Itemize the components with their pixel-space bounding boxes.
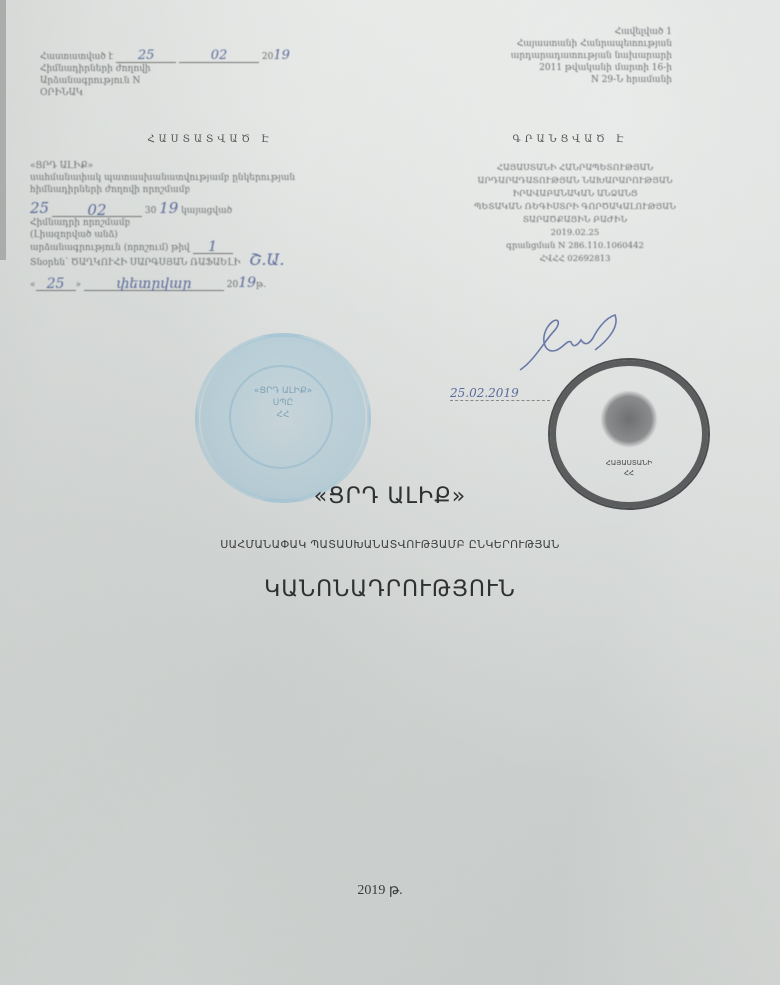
approval-date-prefix: Հաստատված է bbox=[40, 52, 113, 62]
registrar-line: ԻՐԱՎԱԲԱՆԱԿԱՆ ԱՆՁԱՆՑ bbox=[430, 188, 720, 201]
company-type: ՍԱՀՄԱՆԱՓԱԿ ՊԱՏԱՍԽԱՆԱՏՎՈՒԹՅԱՄԲ ԸՆԿԵՐՈՒԹՅԱ… bbox=[0, 538, 780, 551]
approved-date-row: 25 02 30 19 կայացված bbox=[30, 202, 340, 217]
signed-year: 19 bbox=[238, 275, 256, 291]
protocol-row: արձանագրություն (որոշում) թիվ 1 bbox=[30, 241, 340, 254]
document-photo: Հավելված 1 Հայաստանի Հանրապետության արդա… bbox=[0, 0, 780, 985]
protocol-label: արձանագրություն (որոշում) թիվ bbox=[30, 243, 190, 253]
registrar-line: ՀԱՅԱՍՏԱՆԻ ՀԱՆՐԱՊԵՏՈՒԹՅԱՆ bbox=[430, 162, 720, 175]
registrar-line: ՏԱՐԱԾՔԱՅԻՆ ԲԱԺԻՆ bbox=[430, 214, 720, 227]
approved-line: սահմանափակ պատասխանատվությամբ ընկերությա… bbox=[30, 172, 340, 184]
approval-line: Արձանագրություն N bbox=[40, 75, 340, 87]
company-stamp: «ՑՐԴ ԱԼԻՔ» ՍՊԸ ՀՀ bbox=[195, 333, 371, 503]
annex-line: արդարադատության նախարարի bbox=[432, 50, 672, 62]
government-stamp-text: ՀԱՅԱՍՏԱՆԻ ՀՀ bbox=[550, 458, 708, 478]
company-name: «ՑՐԴ ԱԼԻՔ» bbox=[0, 484, 780, 509]
registrar-sign-date: 25.02.2019 bbox=[450, 386, 550, 401]
page-edge-shadow bbox=[0, 0, 6, 260]
approved-line: հիմնադիրների ժողովի որոշմամբ bbox=[30, 184, 340, 196]
annex-line: 2011 թվականի մարտի 16-ի bbox=[432, 62, 672, 74]
approved-company: «ՑՐԴ ԱԼԻՔ» bbox=[30, 160, 340, 172]
approved-year: 19 bbox=[159, 199, 178, 217]
document-title: ԿԱՆՈՆԱԴՐՈՒԹՅՈՒՆ bbox=[0, 577, 780, 602]
approved-word: կայացված bbox=[181, 206, 232, 216]
approval-day: 25 bbox=[116, 50, 176, 63]
government-stamp-line: ՀՀ bbox=[550, 468, 708, 478]
protocol-number: 1 bbox=[193, 241, 233, 254]
government-stamp-line: ՀԱՅԱՍՏԱՆԻ bbox=[550, 458, 708, 468]
registrar-line: ԱՐԴԱՐԱԴԱՏՈՒԹՅԱՆ ՆԱԽԱՐԱՐՈՒԹՅԱՆ bbox=[430, 175, 720, 188]
company-stamp-text: «ՑՐԴ ԱԼԻՔ» ՍՊԸ ՀՀ bbox=[199, 385, 367, 421]
director-row: Տնօրեն՝ ԾԱՂԿՈՒՀԻ ՍԱՐԳՍՅԱՆ ՌԱՖԱԵԼԻ Շ.Ա. bbox=[30, 254, 340, 269]
signed-day: 25 bbox=[36, 278, 76, 291]
approved-block: «ՑՐԴ ԱԼԻՔ» սահմանափակ պատասխանատվությամբ… bbox=[30, 160, 340, 291]
director-name: Տնօրեն՝ ԾԱՂԿՈՒՀԻ ՍԱՐԳՍՅԱՆ ՌԱՖԱԵԼԻ bbox=[30, 258, 240, 268]
approval-date-block: Հաստատված է 25 02 2019 Հիմնադիրների ժողո… bbox=[40, 50, 340, 99]
company-stamp-line: ՍՊԸ bbox=[199, 397, 367, 409]
registration-date: 2019.02.25 bbox=[430, 227, 720, 240]
approved-day: 25 bbox=[30, 199, 49, 217]
approved-month: 02 bbox=[52, 204, 142, 217]
approved-heading: ՀԱՍՏԱՏՎԱԾ Է bbox=[130, 134, 290, 145]
approved-line: Հիմնադրի որոշմամբ bbox=[30, 217, 340, 229]
approval-month: 02 bbox=[179, 50, 259, 63]
company-stamp-line: ՀՀ bbox=[199, 409, 367, 421]
annex-reference: Հավելված 1 Հայաստանի Հանրապետության արդա… bbox=[432, 26, 672, 86]
annex-label: Հավելված 1 bbox=[432, 26, 672, 38]
registrar-block: ՀԱՅԱՍՏԱՆԻ ՀԱՆՐԱՊԵՏՈՒԹՅԱՆ ԱՐԴԱՐԱԴԱՏՈՒԹՅԱՆ… bbox=[430, 162, 720, 266]
director-signature: Շ.Ա. bbox=[249, 250, 284, 269]
signed-date-row: «25» փետրվար 2019թ. bbox=[30, 277, 340, 291]
signed-month: փետրվար bbox=[84, 278, 224, 291]
coat-of-arms-icon bbox=[600, 390, 658, 448]
company-stamp-line: «ՑՐԴ ԱԼԻՔ» bbox=[199, 385, 367, 397]
approved-line: (Լիազորված անձ) bbox=[30, 229, 340, 241]
registrar-line: ՊԵՏԱԿԱՆ ՌԵԳԻՍՏՐԻ ԳՈՐԾԱԿԱԼՈՒԹՅԱՆ bbox=[430, 201, 720, 214]
approval-line: ՕՐԻՆԱԿ bbox=[40, 87, 340, 99]
registration-number: գրանցման N 286.110.1060442 bbox=[430, 240, 720, 253]
annex-line: N 29-Ն հրամանի bbox=[432, 74, 672, 86]
approval-date-row: Հաստատված է 25 02 2019 bbox=[40, 50, 340, 63]
approval-year: 19 bbox=[273, 48, 290, 63]
approval-year-prefix: 20 bbox=[262, 52, 273, 62]
registered-heading: ԳՐԱՆՑՎԱԾ Է bbox=[490, 134, 650, 145]
approval-line: Հիմնադիրների ժողովի bbox=[40, 63, 340, 75]
tax-id: ՀՎՀՀ 02692813 bbox=[430, 253, 720, 266]
document-year: 2019 թ. bbox=[0, 882, 760, 899]
annex-line: Հայաստանի Հանրապետության bbox=[432, 38, 672, 50]
